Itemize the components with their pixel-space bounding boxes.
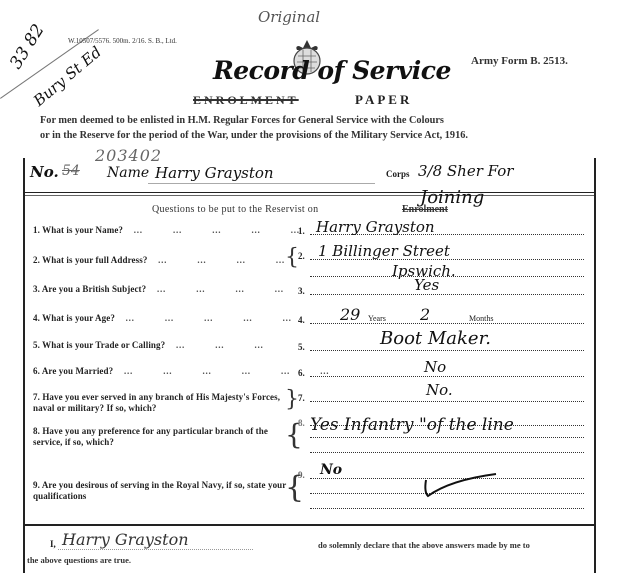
- answer-number-5: 5.: [298, 342, 305, 352]
- answer-number-9: 9.: [298, 470, 305, 480]
- margin-note-number: 33 82: [6, 21, 49, 73]
- answer-line-8c: [310, 452, 584, 453]
- question-text: Have you ever served in any branch of Hi…: [33, 392, 280, 413]
- margin-note-place: Bury St Ed: [30, 43, 105, 110]
- question-number: 8.: [33, 426, 40, 436]
- answer-number-8: 8.: [298, 418, 305, 428]
- question-text: What is your Name?: [42, 225, 123, 235]
- question-8: 8. Have you any preference for any parti…: [33, 426, 288, 448]
- years-label: Years: [368, 314, 386, 323]
- answer-8[interactable]: Yes Infantry "of the line: [310, 415, 514, 435]
- print-code: W.10507/5576. 500m. 2/16. S. B., Ltd.: [68, 37, 177, 45]
- answer-number-4: 4.: [298, 315, 305, 325]
- answer-5[interactable]: Boot Maker.: [380, 328, 491, 349]
- brace-7: }: [285, 387, 299, 412]
- question-text: Are you desirous of serving in the Royal…: [33, 480, 286, 501]
- identity-divider: [25, 192, 594, 193]
- answer-7[interactable]: No.: [426, 381, 453, 399]
- declaration-name-line: [58, 549, 253, 550]
- question-text: Have you any preference for any particul…: [33, 426, 268, 447]
- original-note: Original: [258, 8, 320, 26]
- name-label: Name: [107, 165, 149, 181]
- declaration-text-line2: the above questions are true.: [27, 555, 131, 565]
- title-struck: ENROLMENT: [193, 93, 299, 108]
- answer-line-7: [310, 401, 584, 402]
- frame-left-border: [23, 158, 25, 573]
- answer-1[interactable]: Harry Grayston: [316, 218, 435, 236]
- answer-line-3: [310, 294, 584, 295]
- question-6: 6. Are you Married? … … … … … …: [33, 366, 343, 376]
- question-number: 5.: [33, 340, 40, 350]
- name-underline: [148, 183, 375, 184]
- answer-line-8b: [310, 437, 584, 438]
- question-text: What is your Trade or Calling?: [42, 340, 165, 350]
- answer-4-months[interactable]: 2: [420, 305, 430, 324]
- question-number: 9.: [33, 480, 40, 490]
- corps-value[interactable]: 3/8 Sher For: [418, 162, 513, 180]
- question-9: 9. Are you desirous of serving in the Ro…: [33, 480, 288, 502]
- declaration-text-line1: do solemnly declare that the above answe…: [318, 540, 530, 550]
- answer-number-7: 7.: [298, 393, 305, 403]
- question-text: Are you Married?: [42, 366, 113, 376]
- question-text: What is your Age?: [42, 313, 115, 323]
- question-7: 7. Have you ever served in any branch of…: [33, 392, 288, 414]
- answer-line-5: [310, 350, 584, 351]
- title-printed: PAPER: [355, 92, 412, 108]
- question-number: 6.: [33, 366, 40, 376]
- answer-number-6: 6.: [298, 368, 305, 378]
- answer-2-line1[interactable]: 1 Billinger Street: [318, 242, 450, 260]
- answer-number-2: 2.: [298, 251, 305, 261]
- no-label: No.: [30, 163, 59, 181]
- answer-number-3: 3.: [298, 286, 305, 296]
- declaration-name[interactable]: Harry Grayston: [62, 530, 189, 549]
- answer-3[interactable]: Yes: [414, 276, 439, 294]
- checkmark-icon: [420, 470, 500, 500]
- question-text: Are you a British Subject?: [42, 284, 146, 294]
- question-number: 4.: [33, 313, 40, 323]
- answer-line-6: [310, 376, 584, 377]
- form-description-line2: or in the Reserve for the period of the …: [40, 130, 468, 141]
- question-1: 1. What is your Name? … … … … …: [33, 225, 313, 235]
- declaration-divider: [25, 524, 594, 526]
- title-handwritten: Record of Service: [213, 56, 451, 85]
- brace-2: {: [285, 245, 299, 270]
- question-number: 7.: [33, 392, 40, 402]
- declaration-prefix: I,: [50, 539, 56, 549]
- answer-6[interactable]: No: [424, 358, 446, 376]
- questions-heading-replacement: Joining: [420, 187, 484, 208]
- months-label: Months: [469, 314, 493, 323]
- corps-label: Corps: [386, 169, 410, 179]
- question-text: What is your full Address?: [42, 255, 147, 265]
- question-2: 2. What is your full Address? … … … …: [33, 255, 299, 265]
- questions-heading: Questions to be put to the Reservist on: [152, 204, 318, 215]
- answer-9[interactable]: No: [320, 462, 342, 478]
- form-number: Army Form B. 2513.: [471, 55, 568, 67]
- answer-number-1: 1.: [298, 226, 305, 236]
- no-struck-value: 54: [62, 163, 80, 179]
- question-number: 1.: [33, 225, 40, 235]
- no-value[interactable]: 203402: [95, 146, 162, 165]
- name-value[interactable]: Harry Grayston: [155, 164, 274, 182]
- record-of-service-document: 33 82 Bury St Ed W.10507/5576. 500m. 2/1…: [0, 0, 625, 573]
- question-number: 3.: [33, 284, 40, 294]
- frame-right-border: [594, 158, 596, 573]
- question-3: 3. Are you a British Subject? … … … …: [33, 284, 297, 294]
- identity-divider-2: [25, 195, 594, 196]
- answer-4-years[interactable]: 29: [340, 305, 360, 324]
- form-description-line1: For men deemed to be enlisted in H.M. Re…: [40, 115, 444, 126]
- question-number: 2.: [33, 255, 40, 265]
- question-4: 4. What is your Age? … … … … …: [33, 313, 305, 323]
- question-5: 5. What is your Trade or Calling? … … …: [33, 340, 277, 350]
- answer-line-9c: [310, 508, 584, 509]
